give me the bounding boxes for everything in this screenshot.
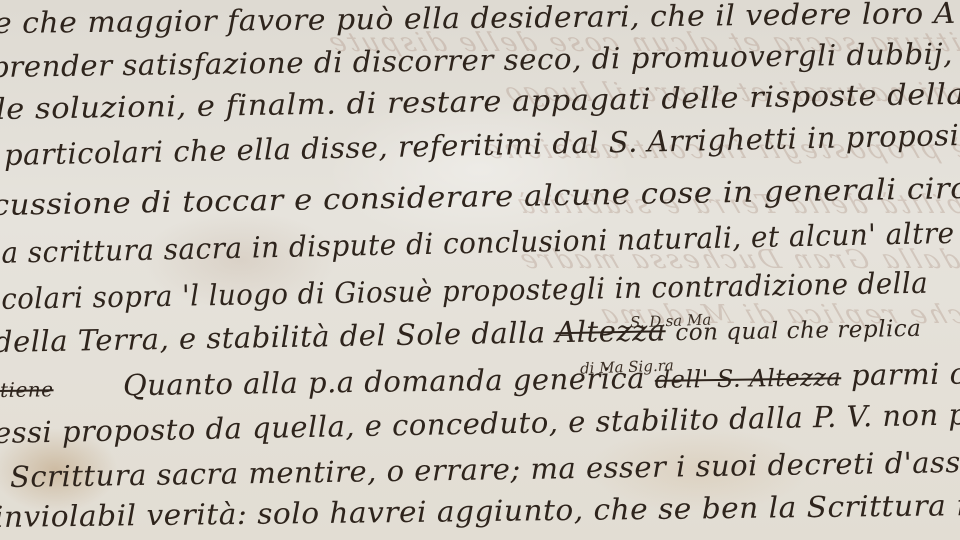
manuscript-line: Scrittura sacra mentire, o errare; ma es… xyxy=(10,445,960,494)
struck-word: dell' S. Altezza xyxy=(655,363,842,394)
struck-word: tiene xyxy=(0,377,54,402)
inserted-text: parmi che pr xyxy=(851,355,960,392)
manuscript-line: tiene Quanto alla p.a domanda generica d… xyxy=(0,355,960,404)
interlinear-insertion: S. D.sa Ma xyxy=(630,311,712,332)
manuscript-line: inviolabil verità: solo havrei aggiunto,… xyxy=(0,488,960,534)
manuscript-page: nella scrittura sacra et alcun cose dell… xyxy=(0,0,960,540)
line-text: Quanto alla p.a domanda generica xyxy=(123,361,646,402)
inserted-text: con qual che replica xyxy=(675,316,921,346)
manuscript-line: essi proposto da quella, e conceduto, e … xyxy=(0,397,960,450)
